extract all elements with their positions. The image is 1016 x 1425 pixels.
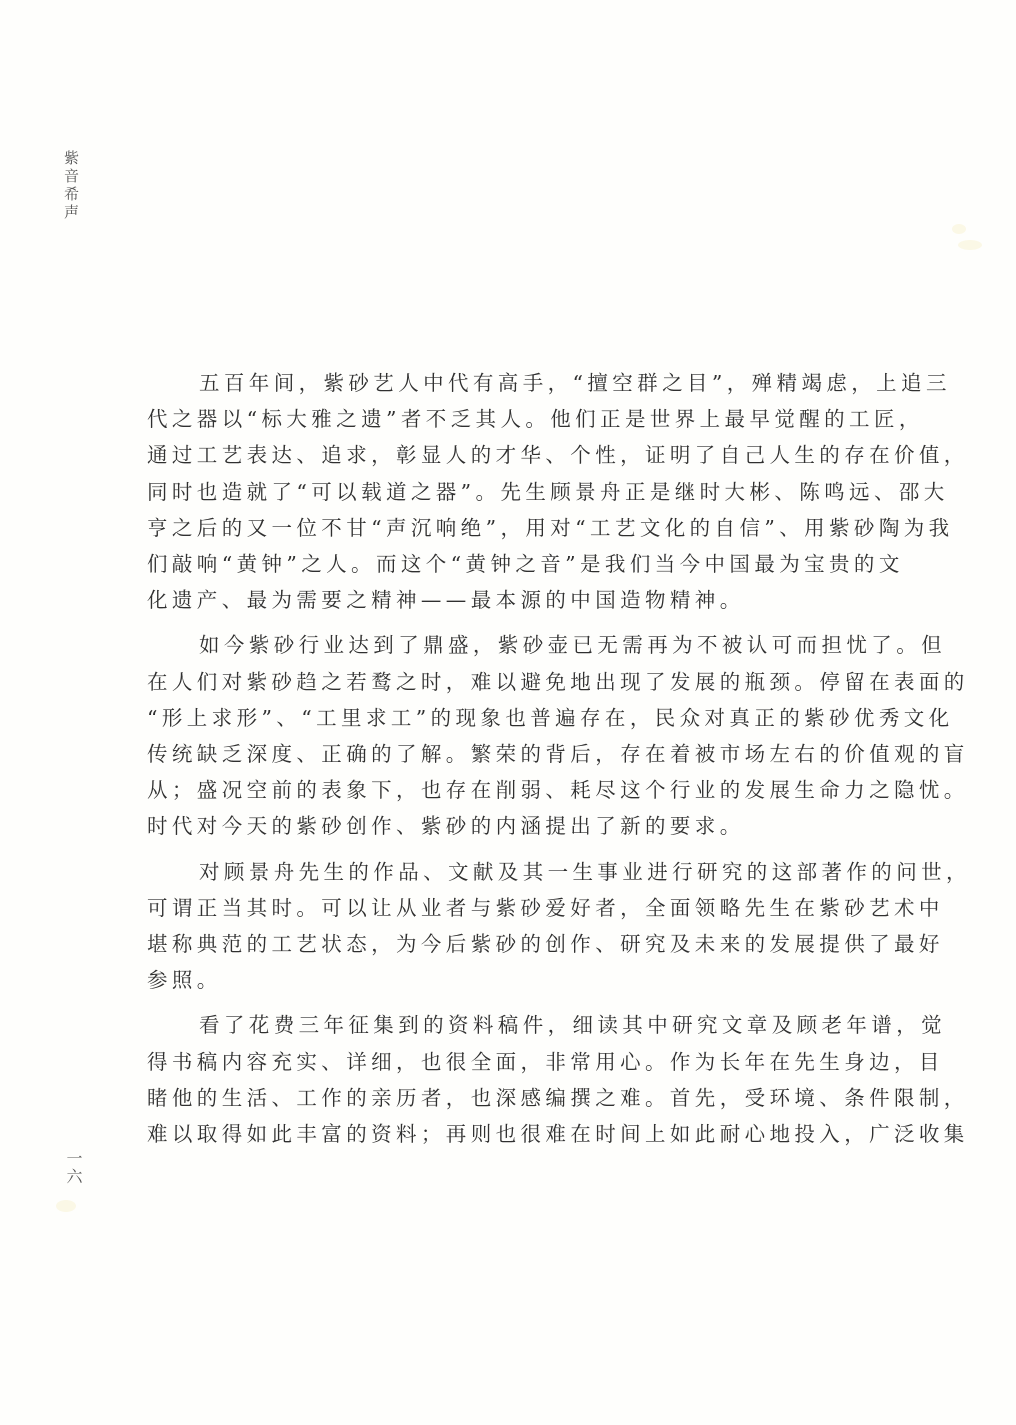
- text-line: 睹他的生活、工作的亲历者，也深感编撰之难。首先，受环境、条件限制，: [147, 1080, 883, 1116]
- text-line: 看了花费三年征集到的资料稿件，细读其中研究文章及顾老年谱，觉: [147, 1007, 883, 1043]
- text-line: 得书稿内容充实、详细，也很全面，非常用心。作为长年在先生身边，目: [147, 1044, 883, 1080]
- text-line: 对顾景舟先生的作品、文献及其一生事业进行研究的这部著作的问世，: [147, 854, 883, 890]
- text-line: 堪称典范的工艺状态，为今后紫砂的创作、研究及未来的发展提供了最好: [147, 926, 883, 962]
- text-line: “形上求形”、“工里求工”的现象也普遍存在，民众对真正的紫砂优秀文化: [147, 700, 883, 736]
- text-line: 时代对今天的紫砂创作、紫砂的内涵提出了新的要求。: [147, 808, 883, 844]
- text-line: 参照。: [147, 962, 883, 998]
- page-number: 一六: [62, 1150, 84, 1186]
- book-page: 紫音希声 一六 五百年间，紫砂艺人中代有高手，“擅空群之目”，殚精竭虑，上追三 …: [0, 0, 1016, 1425]
- paragraph-4: 看了花费三年征集到的资料稿件，细读其中研究文章及顾老年谱，觉 得书稿内容充实、详…: [147, 1007, 883, 1152]
- text-line: 同时也造就了“可以载道之器”。先生顾景舟正是继时大彬、陈鸣远、邵大: [147, 474, 883, 510]
- text-line: 在人们对紫砂趋之若鹜之时，难以避免地出现了发展的瓶颈。停留在表面的: [147, 664, 883, 700]
- body-text: 五百年间，紫砂艺人中代有高手，“擅空群之目”，殚精竭虑，上追三 代之器以“标大雅…: [147, 365, 883, 1161]
- text-line: 难以取得如此丰富的资料；再则也很难在时间上如此耐心地投入，广泛收集: [147, 1116, 883, 1152]
- scan-speck: [56, 1200, 76, 1212]
- running-head-book-title: 紫音希声: [64, 150, 82, 222]
- text-line: 五百年间，紫砂艺人中代有高手，“擅空群之目”，殚精竭虑，上追三: [147, 365, 883, 401]
- text-line: 如今紫砂行业达到了鼎盛，紫砂壶已无需再为不被认可而担忧了。但: [147, 627, 883, 663]
- text-line: 可谓正当其时。可以让从业者与紫砂爱好者，全面领略先生在紫砂艺术中: [147, 890, 883, 926]
- text-line: 代之器以“标大雅之遗”者不乏其人。他们正是世界上最早觉醒的工匠，: [147, 401, 883, 437]
- paragraph-1: 五百年间，紫砂艺人中代有高手，“擅空群之目”，殚精竭虑，上追三 代之器以“标大雅…: [147, 365, 883, 618]
- text-line: 亨之后的又一位不甘“声沉响绝”，用对“工艺文化的自信”、用紫砂陶为我: [147, 510, 883, 546]
- text-line: 从；盛况空前的表象下，也存在削弱、耗尽这个行业的发展生命力之隐忧。: [147, 772, 883, 808]
- text-line: 们敲响“黄钟”之人。而这个“黄钟之音”是我们当今中国最为宝贵的文: [147, 546, 883, 582]
- paragraph-3: 对顾景舟先生的作品、文献及其一生事业进行研究的这部著作的问世， 可谓正当其时。可…: [147, 854, 883, 999]
- scan-speck: [958, 240, 982, 250]
- scan-speck: [952, 224, 966, 234]
- paragraph-2: 如今紫砂行业达到了鼎盛，紫砂壶已无需再为不被认可而担忧了。但 在人们对紫砂趋之若…: [147, 627, 883, 844]
- text-line: 通过工艺表达、追求，彰显人的才华、个性，证明了自己人生的存在价值，: [147, 437, 883, 473]
- text-line: 化遗产、最为需要之精神——最本源的中国造物精神。: [147, 582, 883, 618]
- text-line: 传统缺乏深度、正确的了解。繁荣的背后，存在着被市场左右的价值观的盲: [147, 736, 883, 772]
